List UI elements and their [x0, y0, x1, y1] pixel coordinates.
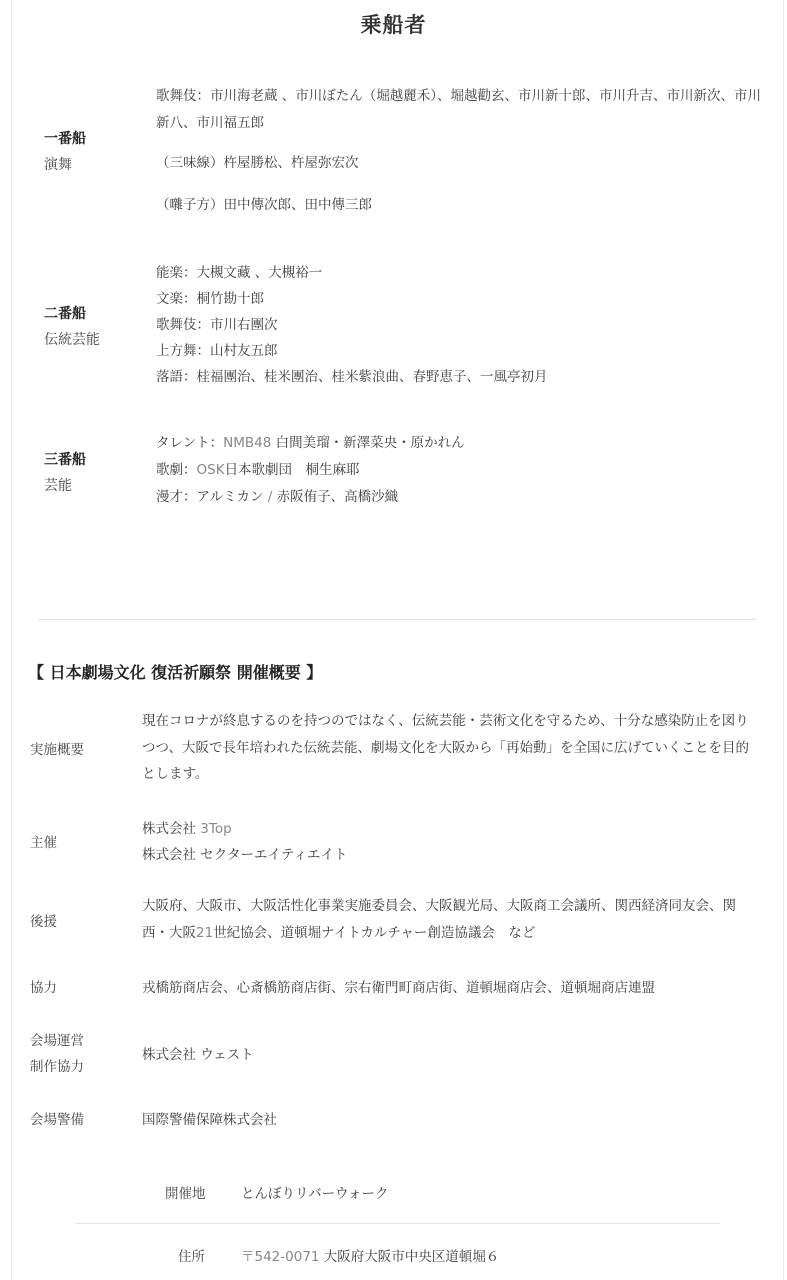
performer-group-latin: NMB48: [223, 435, 271, 451]
overview-value-support: 大阪府、大阪市、大阪活性化事業実施委員会、大阪観光局、大阪商工会議所、関西経済同…: [142, 893, 760, 946]
ship-1-performer-line: 歌舞伎：市川海老蔵 、市川ぼたん（堀越麗禾）、堀越勸玄、市川新十郎、市川升吉、市…: [156, 83, 771, 137]
performer-role: タレント：: [156, 435, 223, 451]
performer-group-latin: OSK: [197, 462, 225, 478]
overview-label-production: 制作協力: [30, 1055, 84, 1075]
ship-3-performer-line: 漫才：アルミカン / 赤阪侑子、高橋沙織: [156, 484, 398, 510]
organizer-name: 株式会社 セクターエイティエイト: [142, 847, 347, 863]
ship-2-performer-line: 能楽：大槻文藏 、大槻裕一: [156, 260, 322, 286]
overview-value-organizer: 株式会社 3Top: [142, 817, 232, 837]
ship-2-performer-line: 歌舞伎：市川右團次: [156, 312, 278, 338]
address-value: 〒542-0071 大阪府大阪市中央区道頓堀６: [241, 1245, 499, 1265]
address-label: 住所: [178, 1245, 205, 1265]
venue-label: 開催地: [165, 1182, 206, 1202]
organizer-name-latin: 3Top: [200, 821, 231, 837]
support-orgs-number: 21: [196, 925, 213, 941]
ship-name-2: 二番船: [44, 303, 86, 323]
venue-value: とんぼりリバーウォーク: [241, 1182, 389, 1202]
overview-value-venue-operation: 株式会社 ウェスト: [142, 1043, 254, 1063]
street-address: 大阪府大阪市中央区道頓堀６: [320, 1249, 500, 1265]
ship-name-1: 一番船: [44, 128, 86, 148]
ship-genre-1: 演舞: [44, 154, 72, 174]
performer-names: 日本歌劇団 桐生麻耶: [225, 462, 360, 478]
ship-2-performer-line: 上方舞：山村友五郎: [156, 338, 278, 364]
overview-value-purpose: 現在コロナが終息するのを持つのではなく、伝統芸能・芸術文化を守るため、十分な感染…: [142, 708, 760, 788]
ship-1-performer-line: （三味線）杵屋勝松、杵屋弥宏次: [156, 150, 359, 176]
ship-3-performer-line: 歌劇：OSK日本歌劇団 桐生麻耶: [156, 457, 360, 483]
ship-name-3: 三番船: [44, 449, 86, 469]
overview-label-cooperation: 協力: [30, 976, 57, 996]
performer-names: 赤阪侑子、高橋沙織: [272, 489, 398, 505]
overview-label-venue-operation: 会場運営: [30, 1029, 84, 1049]
page-title: 乗船者: [0, 9, 787, 39]
overview-label-purpose: 実施概要: [30, 738, 84, 758]
performer-names: 白間美瑠・新澤菜央・原かれん: [271, 435, 464, 451]
performer-role: 漫才：アルミカン: [156, 489, 268, 505]
organizer-name: 株式会社: [142, 821, 200, 837]
section-divider: [38, 619, 756, 620]
support-orgs-rest: 世紀協会、道頓堀ナイトカルチャー創造協議会 など: [213, 925, 535, 941]
ship-3-performer-line: タレント：NMB48 白間美瑠・新澤菜央・原かれん: [156, 430, 465, 456]
overview-label-support: 後援: [30, 910, 57, 930]
ship-2-performer-line: 落語：桂福團治、桂米團治、桂米紫浪曲、春野恵子、一風亭初月: [156, 364, 548, 390]
venue-divider: [75, 1223, 720, 1224]
ship-genre-2: 伝統芸能: [44, 329, 100, 349]
ship-genre-3: 芸能: [44, 475, 72, 495]
ship-1-performer-line: （囃子方）田中傳次郎、田中傳三郎: [156, 192, 372, 218]
performer-role: 歌劇：: [156, 462, 197, 478]
ship-2-performer-line: 文楽：桐竹勘十郎: [156, 286, 264, 312]
page-frame: [11, 0, 784, 1280]
overview-value-security: 国際警備保障株式会社: [142, 1108, 277, 1128]
overview-value-cooperation: 戎橋筋商店会、心斎橋筋商店街、宗右衛門町商店街、道頓堀商店会、道頓堀商店連盟: [142, 976, 655, 996]
overview-label-security: 会場警備: [30, 1108, 84, 1128]
postal-code: 〒542-0071: [241, 1249, 320, 1265]
overview-label-organizer: 主催: [30, 831, 57, 851]
overview-heading: 【 日本劇場文化 復活祈願祭 開催概要 】: [28, 660, 322, 683]
overview-value-organizer: 株式会社 セクターエイティエイト: [142, 843, 347, 863]
